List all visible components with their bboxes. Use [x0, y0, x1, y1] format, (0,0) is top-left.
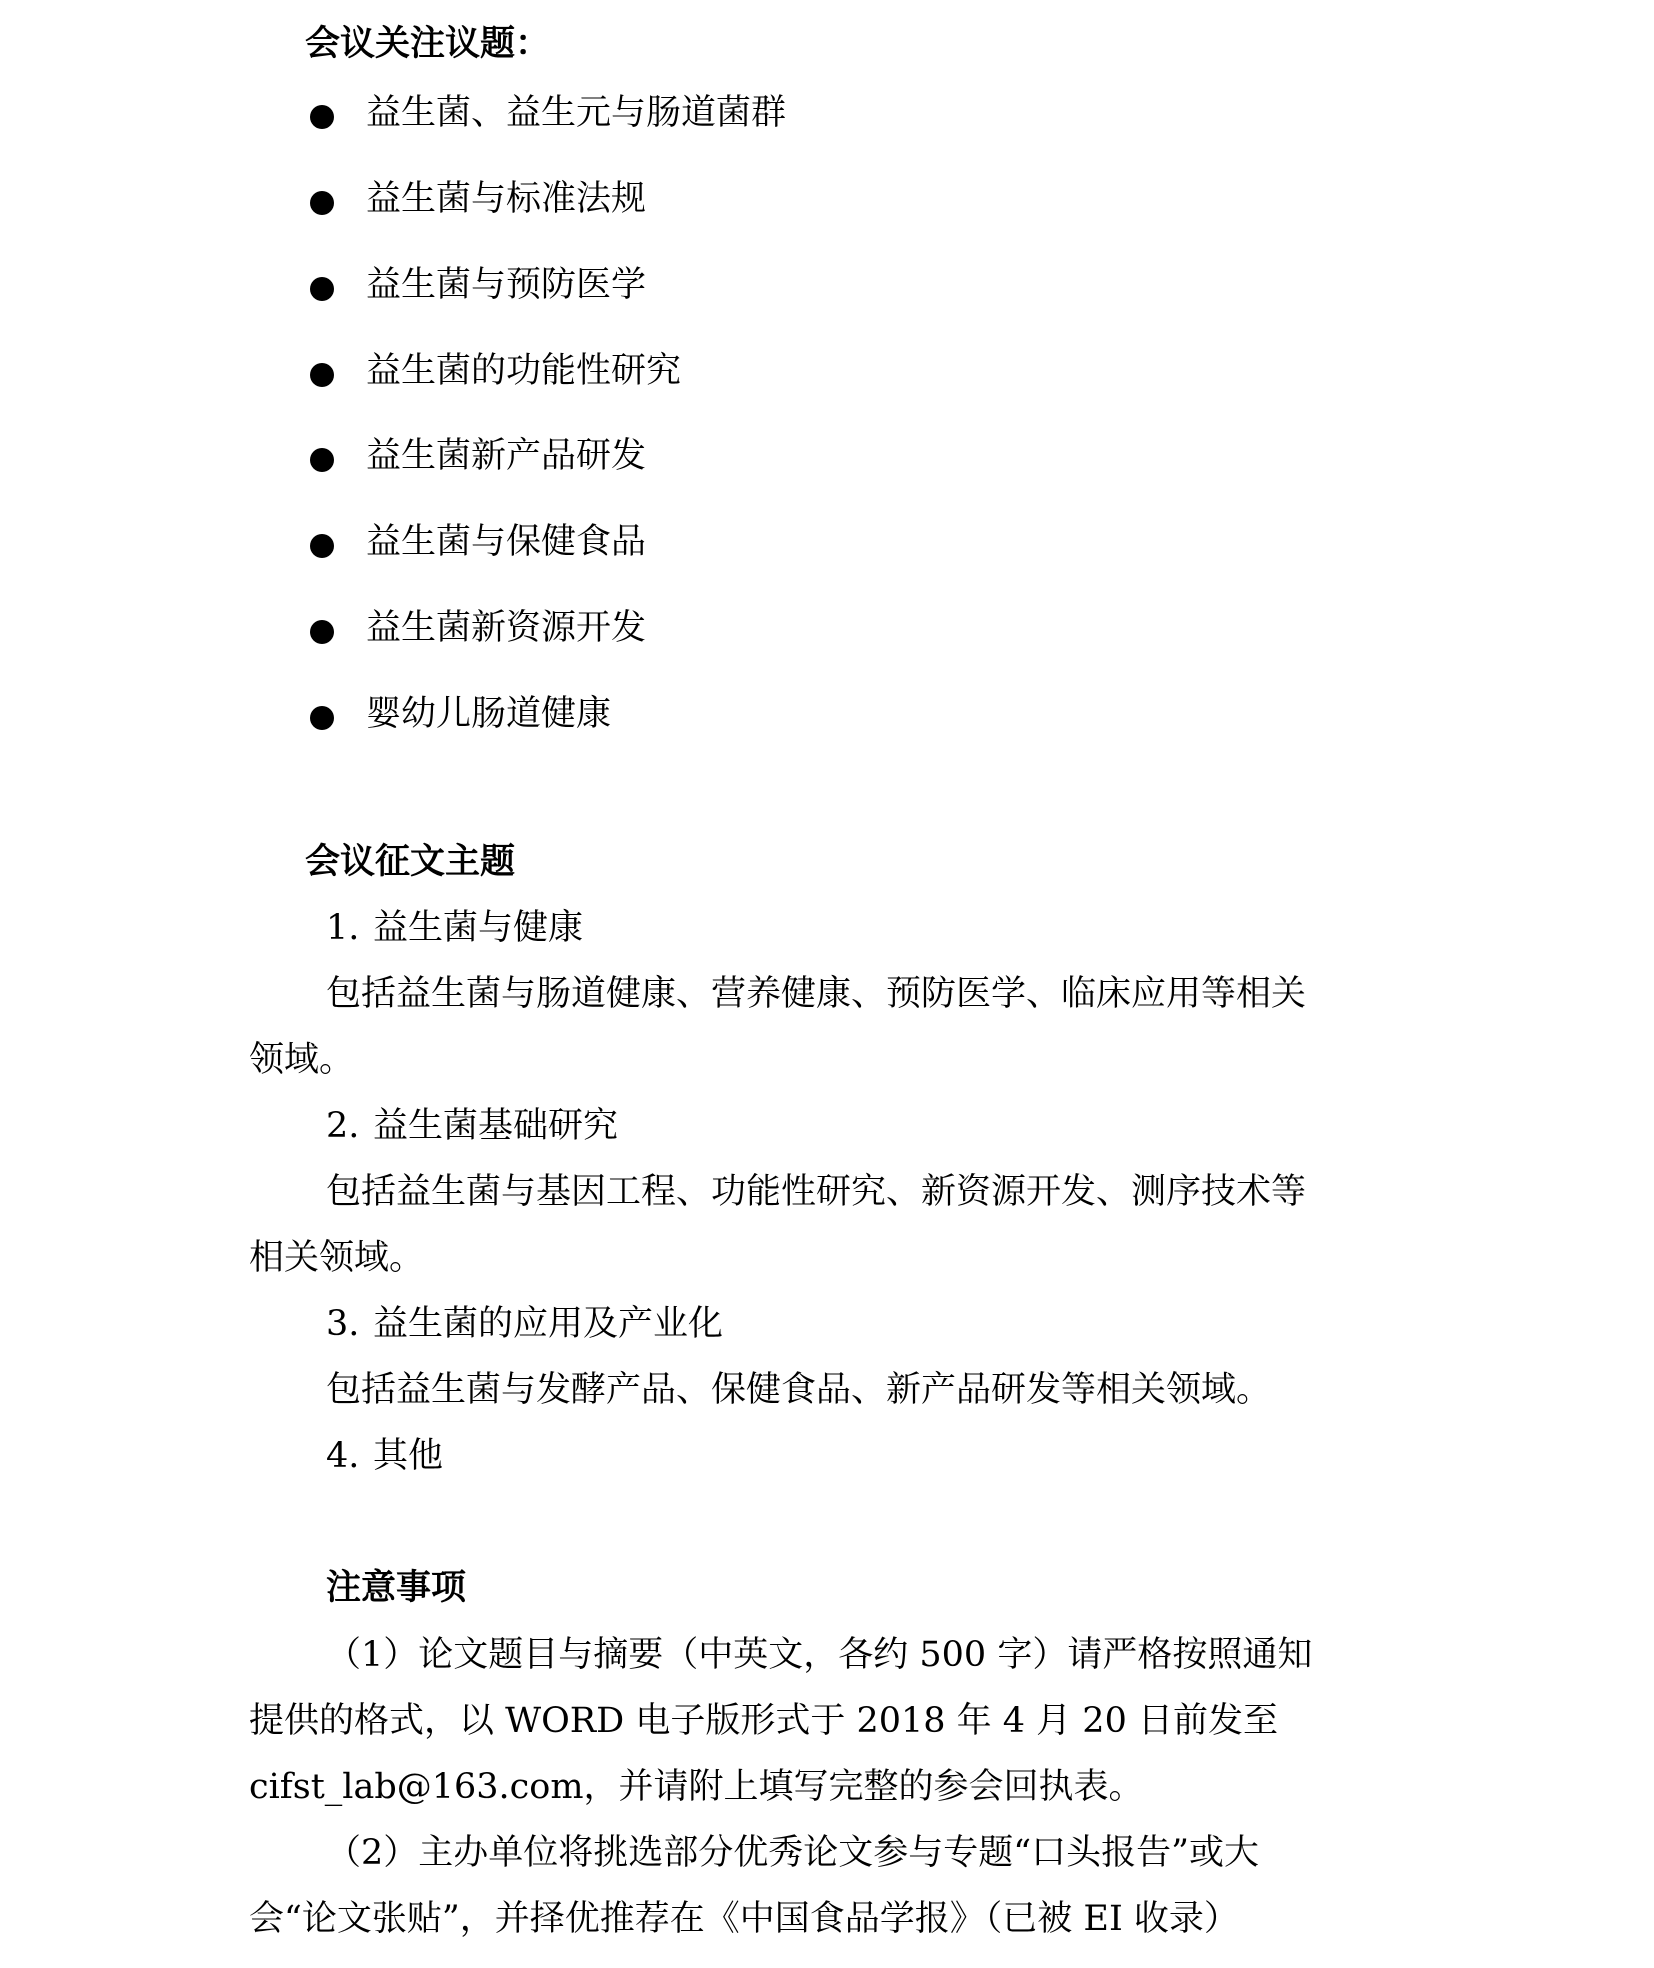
topic-description: 相关领域。: [249, 1238, 424, 1278]
note-line: 会“论文张贴”，并择优推荐在《中国食品学报》（已被 EI 收录）: [249, 1899, 1239, 1939]
bullet-icon: [310, 363, 334, 387]
bullet-icon: [310, 620, 334, 644]
list-item: 益生菌与标准法规: [366, 179, 646, 219]
topic-number: 3.: [326, 1304, 359, 1344]
list-item: 益生菌的功能性研究: [366, 351, 681, 391]
topic-number: 1.: [326, 908, 359, 948]
bullet-icon: [310, 191, 334, 215]
bullet-icon: [310, 277, 334, 301]
list-item: 益生菌新产品研发: [366, 436, 646, 476]
list-item: 益生菌与预防医学: [366, 265, 646, 305]
bullet-icon: [310, 448, 334, 472]
section-heading-focus-topics: 会议关注议题：: [305, 24, 550, 64]
topic-title: 益生菌与健康: [373, 908, 583, 948]
bullet-icon: [310, 105, 334, 129]
topic-description: 领域。: [249, 1040, 354, 1080]
bullet-icon: [310, 534, 334, 558]
topic-title: 其他: [373, 1436, 443, 1476]
list-item: 益生菌、益生元与肠道菌群: [366, 93, 786, 133]
topic-number: 4.: [326, 1436, 359, 1476]
bullet-icon: [310, 706, 334, 730]
topic-description: 包括益生菌与发酵产品、保健食品、新产品研发等相关领域。: [326, 1370, 1271, 1410]
section-heading-call-for-papers: 会议征文主题: [305, 842, 515, 882]
list-item: 婴幼儿肠道健康: [366, 694, 611, 734]
topic-description: 包括益生菌与肠道健康、营养健康、预防医学、临床应用等相关: [326, 974, 1306, 1014]
list-item: 益生菌与保健食品: [366, 522, 646, 562]
note-line: 提供的格式，以 WORD 电子版形式于 2018 年 4 月 20 日前发至: [249, 1701, 1278, 1741]
topic-number: 2.: [326, 1106, 359, 1146]
note-line: （1）论文题目与摘要（中英文，各约 500 字）请严格按照通知: [326, 1635, 1312, 1675]
note-line-email: cifst_lab@163.com，并请附上填写完整的参会回执表。: [249, 1767, 1144, 1807]
list-item: 益生菌新资源开发: [366, 608, 646, 648]
topic-title: 益生菌基础研究: [373, 1106, 618, 1146]
note-line: （2）主办单位将挑选部分优秀论文参与专题“口头报告”或大: [326, 1833, 1259, 1873]
topic-title: 益生菌的应用及产业化: [373, 1304, 723, 1344]
section-heading-notes: 注意事项: [326, 1568, 466, 1608]
topic-description: 包括益生菌与基因工程、功能性研究、新资源开发、测序技术等: [326, 1172, 1306, 1212]
